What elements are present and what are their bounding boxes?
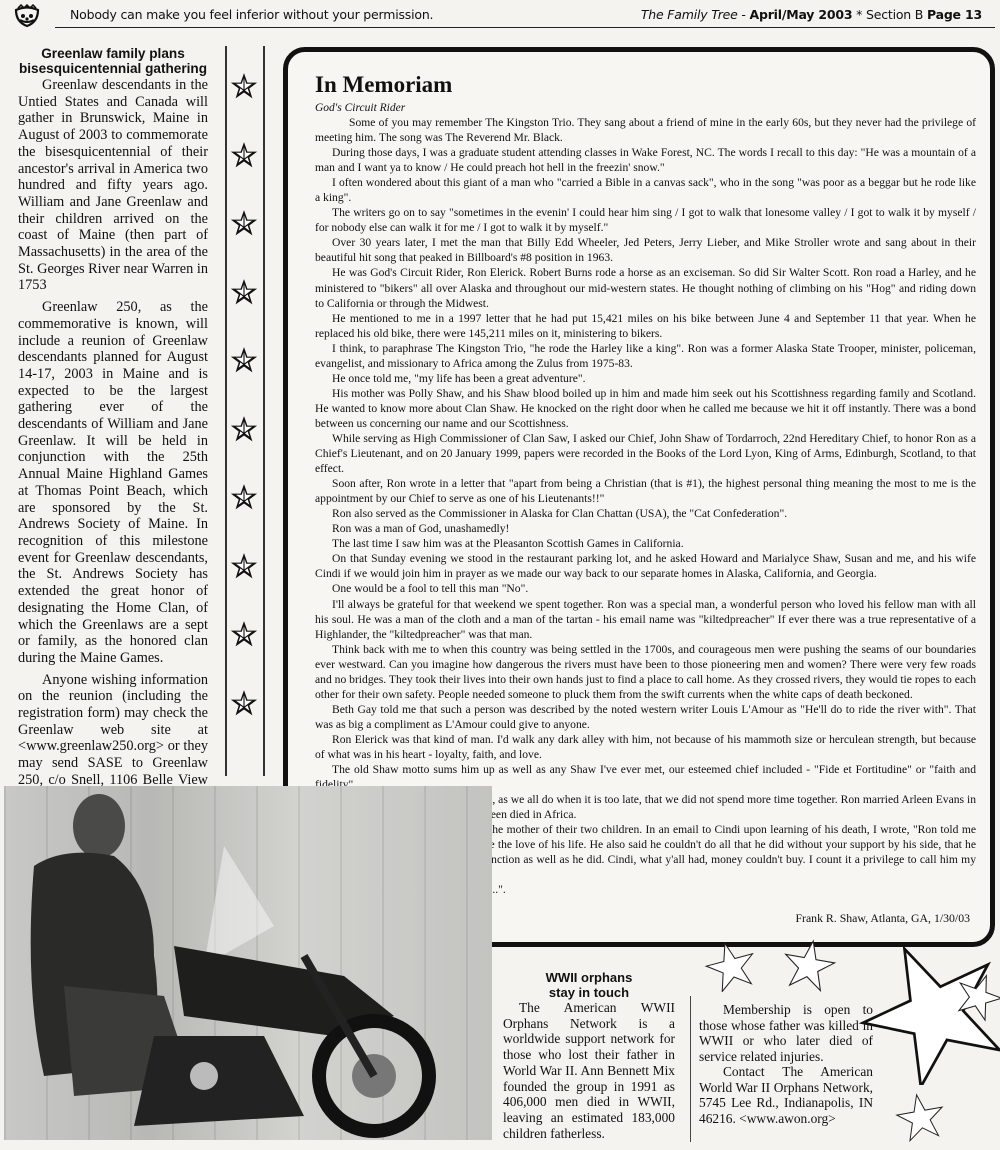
memoriam-paragraph: Over 30 years later, I met the man that …	[315, 235, 976, 265]
star-icon	[230, 346, 258, 374]
memoriam-paragraph: While serving as High Commissioner of Cl…	[315, 431, 976, 476]
memoriam-paragraph: Beth Gay told me that such a person was …	[315, 702, 976, 732]
outline-star-icon	[893, 1092, 948, 1142]
header-motto: Nobody can make you feel inferior withou…	[70, 7, 433, 22]
publication-name: The Family Tree	[641, 7, 738, 22]
memoriam-paragraph: Ron was a man of God, unashamedly!	[315, 521, 976, 536]
memoriam-paragraph: His mother was Polly Shaw, and his Shaw …	[315, 386, 976, 431]
memoriam-title: In Memoriam	[315, 72, 976, 98]
memoriam-paragraph: Ron also served as the Commissioner in A…	[315, 506, 976, 521]
page-header: Nobody can make you feel inferior withou…	[0, 0, 1000, 34]
star-icon	[230, 552, 258, 580]
page-number: Page 13	[927, 7, 982, 22]
outline-star-icon	[700, 940, 762, 992]
header-divider	[55, 27, 995, 28]
column-divider	[690, 996, 691, 1142]
wwii-orphans-article: WWII orphans stay in touch The American …	[503, 970, 675, 1141]
memoriam-paragraph: On that Sunday evening we stood in the r…	[315, 551, 976, 581]
greenlaw-article-title: Greenlaw family plans bisesquicentennial…	[18, 47, 208, 76]
memoriam-paragraph: I think, to paraphrase The Kingston Trio…	[315, 341, 976, 371]
star-icon	[230, 209, 258, 237]
memoriam-paragraph: Think back with me to when this country …	[315, 642, 976, 702]
greenlaw-article: Greenlaw family plans bisesquicentennial…	[18, 47, 208, 827]
header-issue-info: The Family Tree - April/May 2003 * Secti…	[641, 7, 982, 22]
wwii-article-title: WWII orphans stay in touch	[503, 970, 675, 1000]
memoriam-paragraph: The last time I saw him was at the Pleas…	[315, 536, 976, 551]
memoriam-paragraph: He mentioned to me in a 1997 letter that…	[315, 311, 976, 341]
memoriam-paragraph: Ron Elerick was that kind of man. I'd wa…	[315, 732, 976, 762]
issue-date: April/May 2003	[749, 7, 852, 22]
memorial-photo	[4, 786, 492, 1140]
article-paragraph: Contact The American World War II Orphan…	[699, 1064, 873, 1126]
memoriam-paragraph: The writers go on to say "sometimes in t…	[315, 205, 976, 235]
star-icon	[230, 415, 258, 443]
wwii-orphans-article-continued: Membership is open to those whose father…	[699, 1002, 873, 1126]
memoriam-paragraph: He once told me, "my life has been a gre…	[315, 371, 976, 386]
star-icon	[230, 620, 258, 648]
star-column-left-rule	[225, 46, 227, 776]
article-paragraph: The American WWII Orphans Network is a w…	[503, 1000, 675, 1141]
star-column-right-rule	[263, 46, 265, 776]
memoriam-paragraph: He was God's Circuit Rider, Ron Elerick.…	[315, 265, 976, 310]
article-paragraph: Greenlaw descendants in the Untied State…	[18, 77, 208, 294]
memoriam-paragraph: One would be a fool to tell this man "No…	[315, 581, 976, 596]
memoriam-paragraph: I'll always be grateful for that weekend…	[315, 597, 976, 642]
memoriam-paragraph: During those days, I was a graduate stud…	[315, 145, 976, 175]
memoriam-paragraph: Soon after, Ron wrote in a letter that "…	[315, 476, 976, 506]
memoriam-body: Some of you may remember The Kingston Tr…	[315, 115, 976, 897]
outline-star-icon	[780, 938, 838, 992]
memoriam-paragraph: Some of you may remember The Kingston Tr…	[315, 115, 976, 145]
outline-star-icon	[955, 970, 1000, 1022]
star-icon	[230, 689, 258, 717]
article-paragraph: Greenlaw 250, as the commemorative is kn…	[18, 299, 208, 666]
star-icon	[230, 72, 258, 100]
star-icon	[230, 278, 258, 306]
star-icon	[230, 483, 258, 511]
memoriam-subtitle: God's Circuit Rider	[315, 102, 976, 115]
family-tree-crest-icon	[14, 4, 40, 28]
memoriam-paragraph: I often wondered about this giant of a m…	[315, 175, 976, 205]
article-paragraph: Membership is open to those whose father…	[699, 1002, 873, 1064]
section-label: * Section B	[852, 7, 927, 22]
star-icon	[230, 141, 258, 169]
